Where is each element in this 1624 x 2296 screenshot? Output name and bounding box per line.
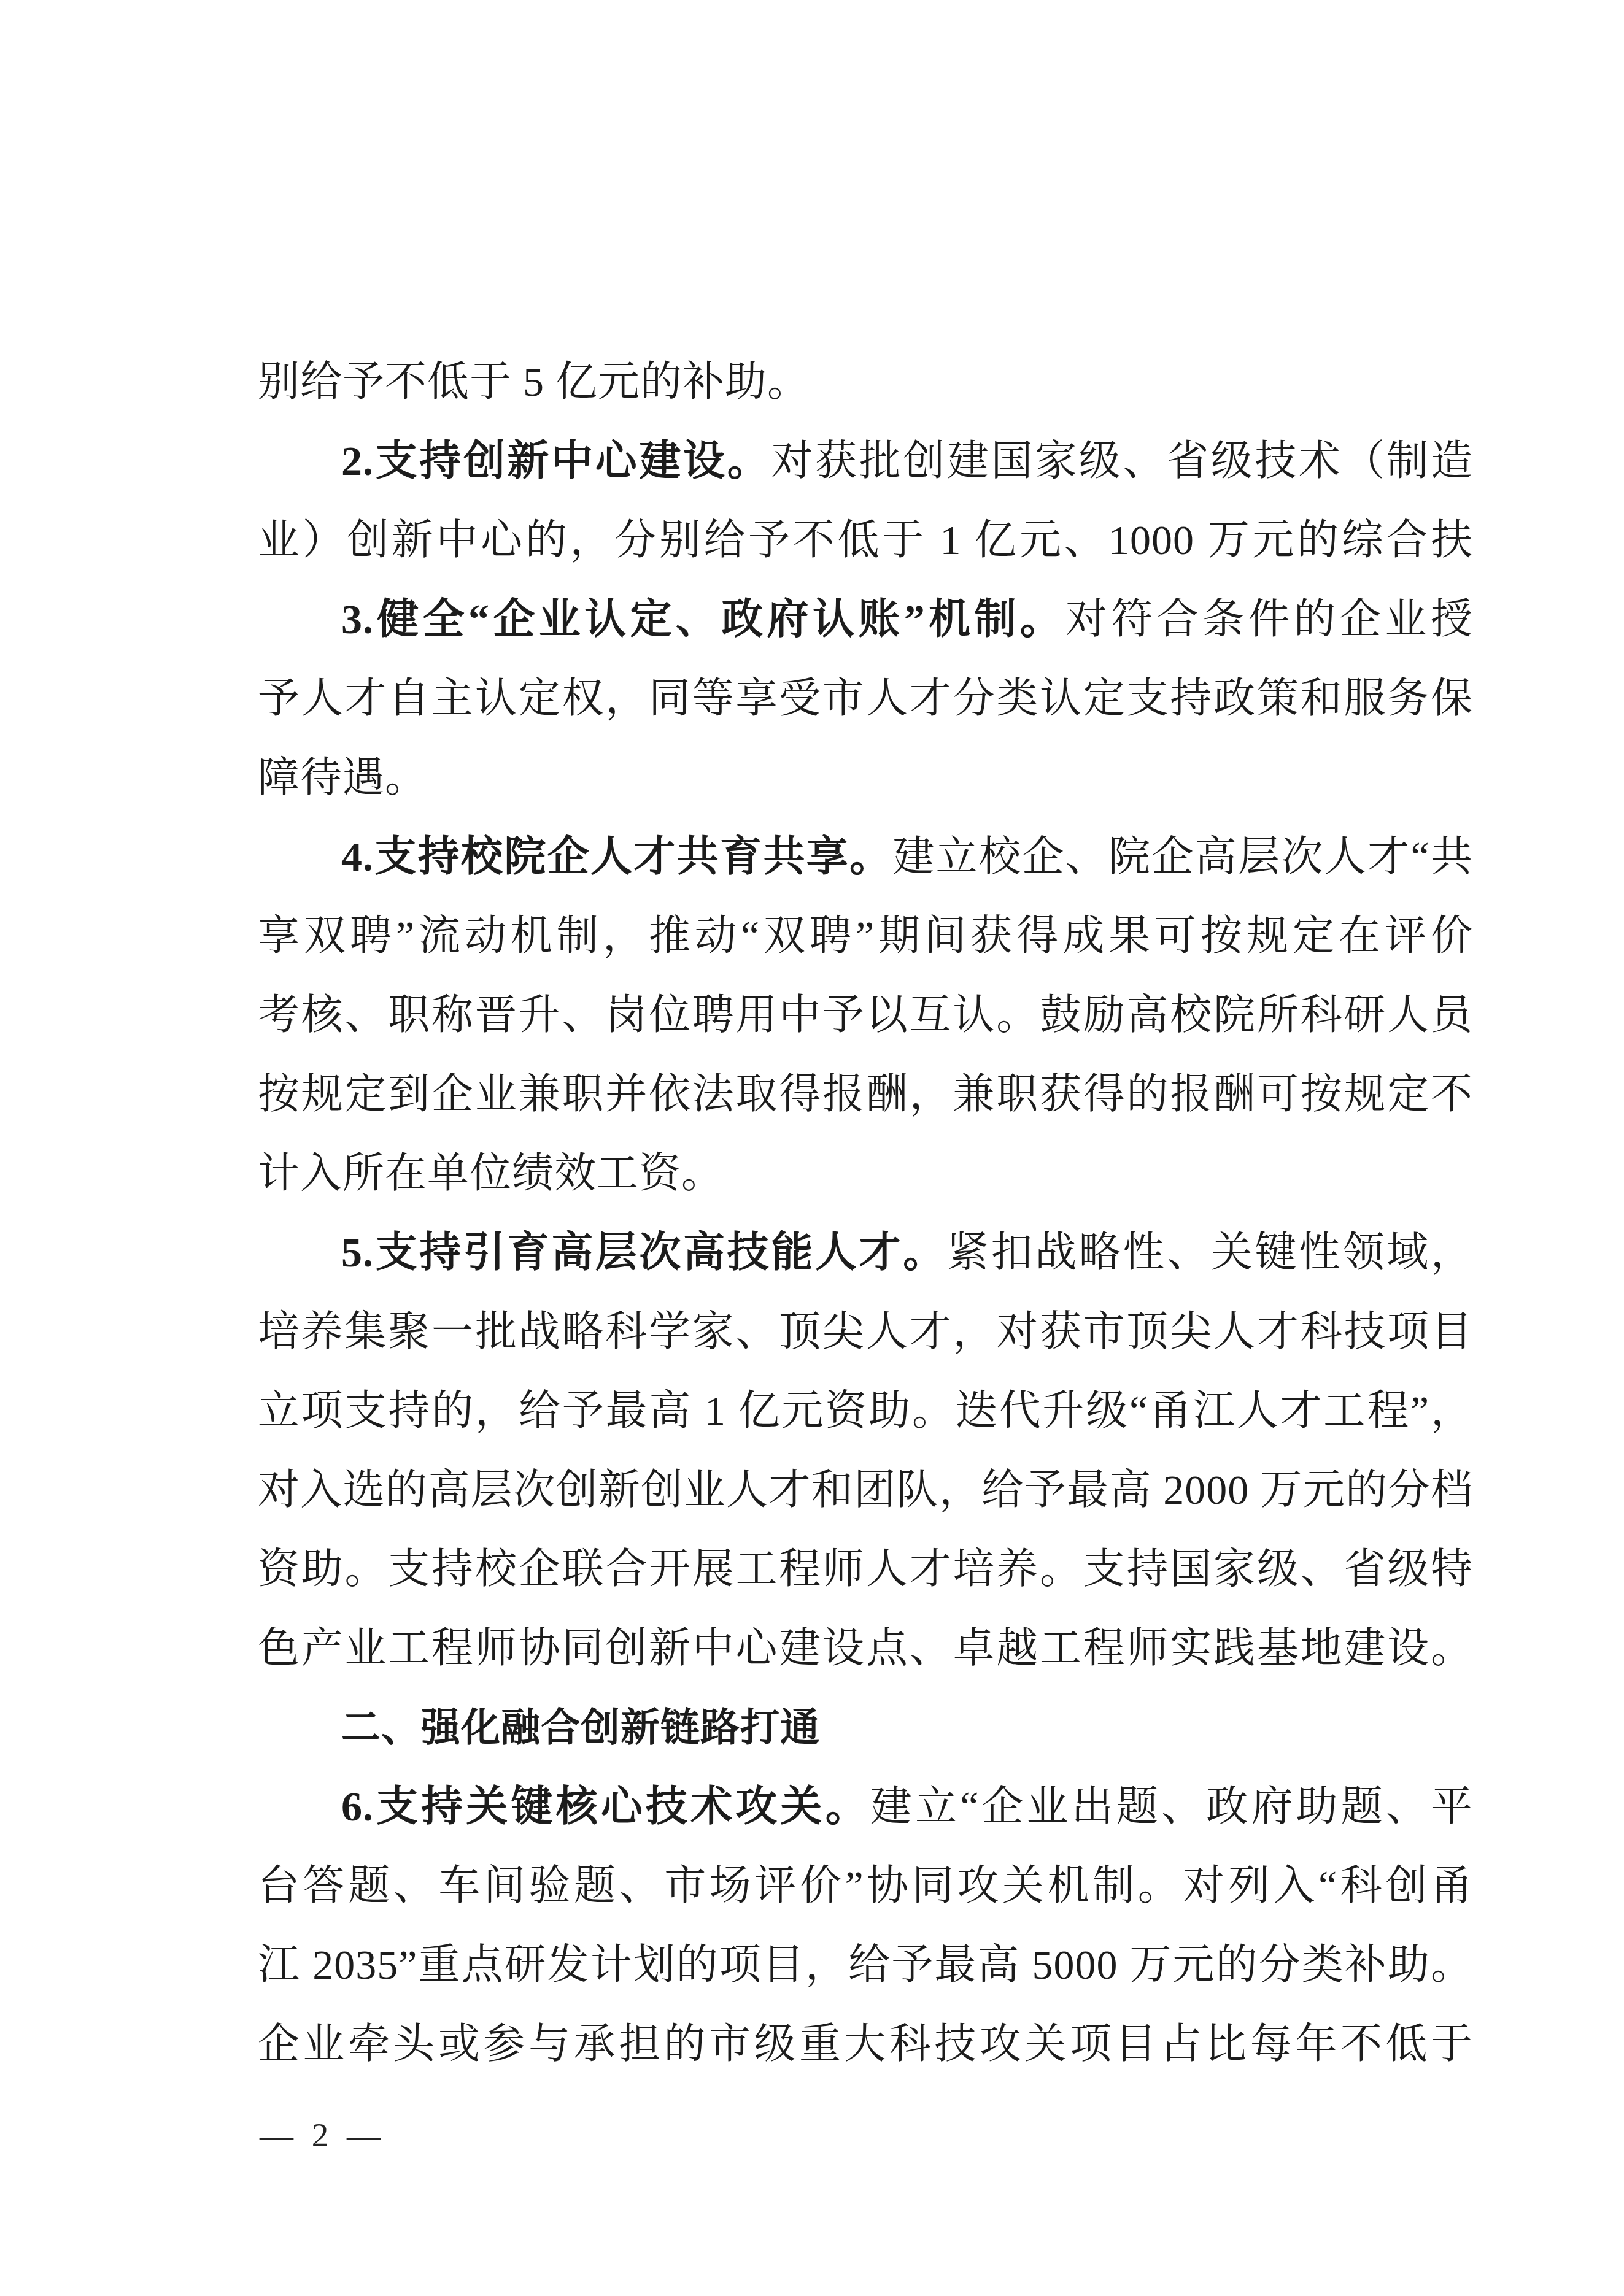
text-line: 别给予不低于 5 亿元的补助。: [258, 342, 1473, 422]
line-text: 计入所在单位绩效工资。: [258, 1150, 724, 1196]
text-line: 江 2035”重点研发计划的项目，给予最高 5000 万元的分类补助。: [258, 1925, 1473, 2005]
text-line: 培养集聚一批战略科学家、顶尖人才，对获市顶尖人才科技项目: [258, 1292, 1473, 1371]
page-number: — 2 —: [260, 2111, 385, 2160]
line-text: 别给予不低于 5 亿元的补助。: [258, 358, 810, 405]
text-line: 考核、职称晋升、岗位聘用中予以互认。鼓励高校院所科研人员: [258, 976, 1473, 1055]
text-line: 按规定到企业兼职并依法取得报酬，兼职获得的报酬可按规定不: [258, 1055, 1473, 1134]
line-text: 障待遇。: [258, 754, 427, 801]
text-line: 业）创新中心的，分别给予不低于 1 亿元、1000 万元的综合扶持。: [258, 501, 1473, 580]
text-line: 享双聘”流动机制，推动“双聘”期间获得成果可按规定在评价: [258, 896, 1473, 976]
line-text: 立项支持的，给予最高 1 亿元资助。迭代升级“甬江人才工程”，: [258, 1387, 1473, 1434]
text-line: 立项支持的，给予最高 1 亿元资助。迭代升级“甬江人才工程”，: [258, 1371, 1473, 1450]
text-line: 4.支持校院企人才共育共享。建立校企、院企高层次人才“共: [258, 817, 1473, 896]
line-text: 享双聘”流动机制，推动“双聘”期间获得成果可按规定在评价: [258, 912, 1473, 959]
line-text: 予人才自主认定权，同等享受市人才分类认定支持政策和服务保: [258, 675, 1473, 722]
line-text: 建立“企业出题、政府助题、平: [870, 1783, 1473, 1830]
document-body: 别给予不低于 5 亿元的补助。 2.支持创新中心建设。对获批创建国家级、省级技术…: [258, 342, 1473, 2084]
text-line: 资助。支持校企联合开展工程师人才培养。支持国家级、省级特: [258, 1530, 1473, 1609]
text-line: 予人才自主认定权，同等享受市人才分类认定支持政策和服务保: [258, 659, 1473, 738]
text-line: 障待遇。: [258, 738, 1473, 817]
line-text: 对获批创建国家级、省级技术（制造: [771, 437, 1473, 484]
text-line: 计入所在单位绩效工资。: [258, 1134, 1473, 1213]
line-text: 建立校企、院企高层次人才“共: [892, 833, 1473, 880]
line-text: 企业牵头或参与承担的市级重大科技攻关项目占比每年不低于: [258, 2021, 1473, 2067]
line-text: 考核、职称晋升、岗位聘用中予以互认。鼓励高校院所科研人员: [258, 992, 1473, 1038]
item-lead-5: 5.支持引育高层次高技能人才。: [341, 1229, 947, 1276]
text-line: 企业牵头或参与承担的市级重大科技攻关项目占比每年不低于: [258, 2005, 1473, 2084]
line-text: 紧扣战略性、关键性领域，: [947, 1229, 1473, 1276]
line-text: 培养集聚一批战略科学家、顶尖人才，对获市顶尖人才科技项目: [258, 1308, 1473, 1355]
text-line: 6.支持关键核心技术攻关。建立“企业出题、政府助题、平: [258, 1767, 1473, 1846]
section-heading-text: 二、强化融合创新链路打通: [341, 1705, 820, 1749]
text-line: 对入选的高层次创新创业人才和团队，给予最高 2000 万元的分档: [258, 1450, 1473, 1530]
item-lead-2: 2.支持创新中心建设。: [341, 437, 771, 484]
document-page: 别给予不低于 5 亿元的补助。 2.支持创新中心建设。对获批创建国家级、省级技术…: [0, 0, 1624, 2296]
line-text: 对符合条件的企业授: [1065, 596, 1473, 642]
text-line: 3.健全“企业认定、政府认账”机制。对符合条件的企业授: [258, 580, 1473, 659]
item-lead-6: 6.支持关键核心技术攻关。: [341, 1783, 870, 1830]
line-text: 资助。支持校企联合开展工程师人才培养。支持国家级、省级特: [258, 1546, 1473, 1592]
line-text: 江 2035”重点研发计划的项目，给予最高 5000 万元的分类补助。: [258, 1941, 1473, 1988]
line-text: 色产业工程师协同创新中心建设点、卓越工程师实践基地建设。: [258, 1625, 1473, 1671]
line-text: 业）创新中心的，分别给予不低于 1 亿元、1000 万元的综合扶持。: [258, 517, 1473, 580]
text-line: 2.支持创新中心建设。对获批创建国家级、省级技术（制造: [258, 422, 1473, 501]
section-heading: 二、强化融合创新链路打通: [258, 1688, 1473, 1767]
text-line: 5.支持引育高层次高技能人才。紧扣战略性、关键性领域，: [258, 1213, 1473, 1292]
line-text: 台答题、车间验题、市场评价”协同攻关机制。对列入“科创甬: [258, 1862, 1473, 1909]
text-line: 台答题、车间验题、市场评价”协同攻关机制。对列入“科创甬: [258, 1846, 1473, 1925]
item-lead-4: 4.支持校院企人才共育共享。: [341, 833, 892, 880]
line-text: 按规定到企业兼职并依法取得报酬，兼职获得的报酬可按规定不: [258, 1071, 1473, 1117]
line-text: 对入选的高层次创新创业人才和团队，给予最高 2000 万元的分档: [258, 1466, 1473, 1513]
text-line: 色产业工程师协同创新中心建设点、卓越工程师实践基地建设。: [258, 1609, 1473, 1688]
item-lead-3: 3.健全“企业认定、政府认账”机制。: [341, 596, 1065, 642]
